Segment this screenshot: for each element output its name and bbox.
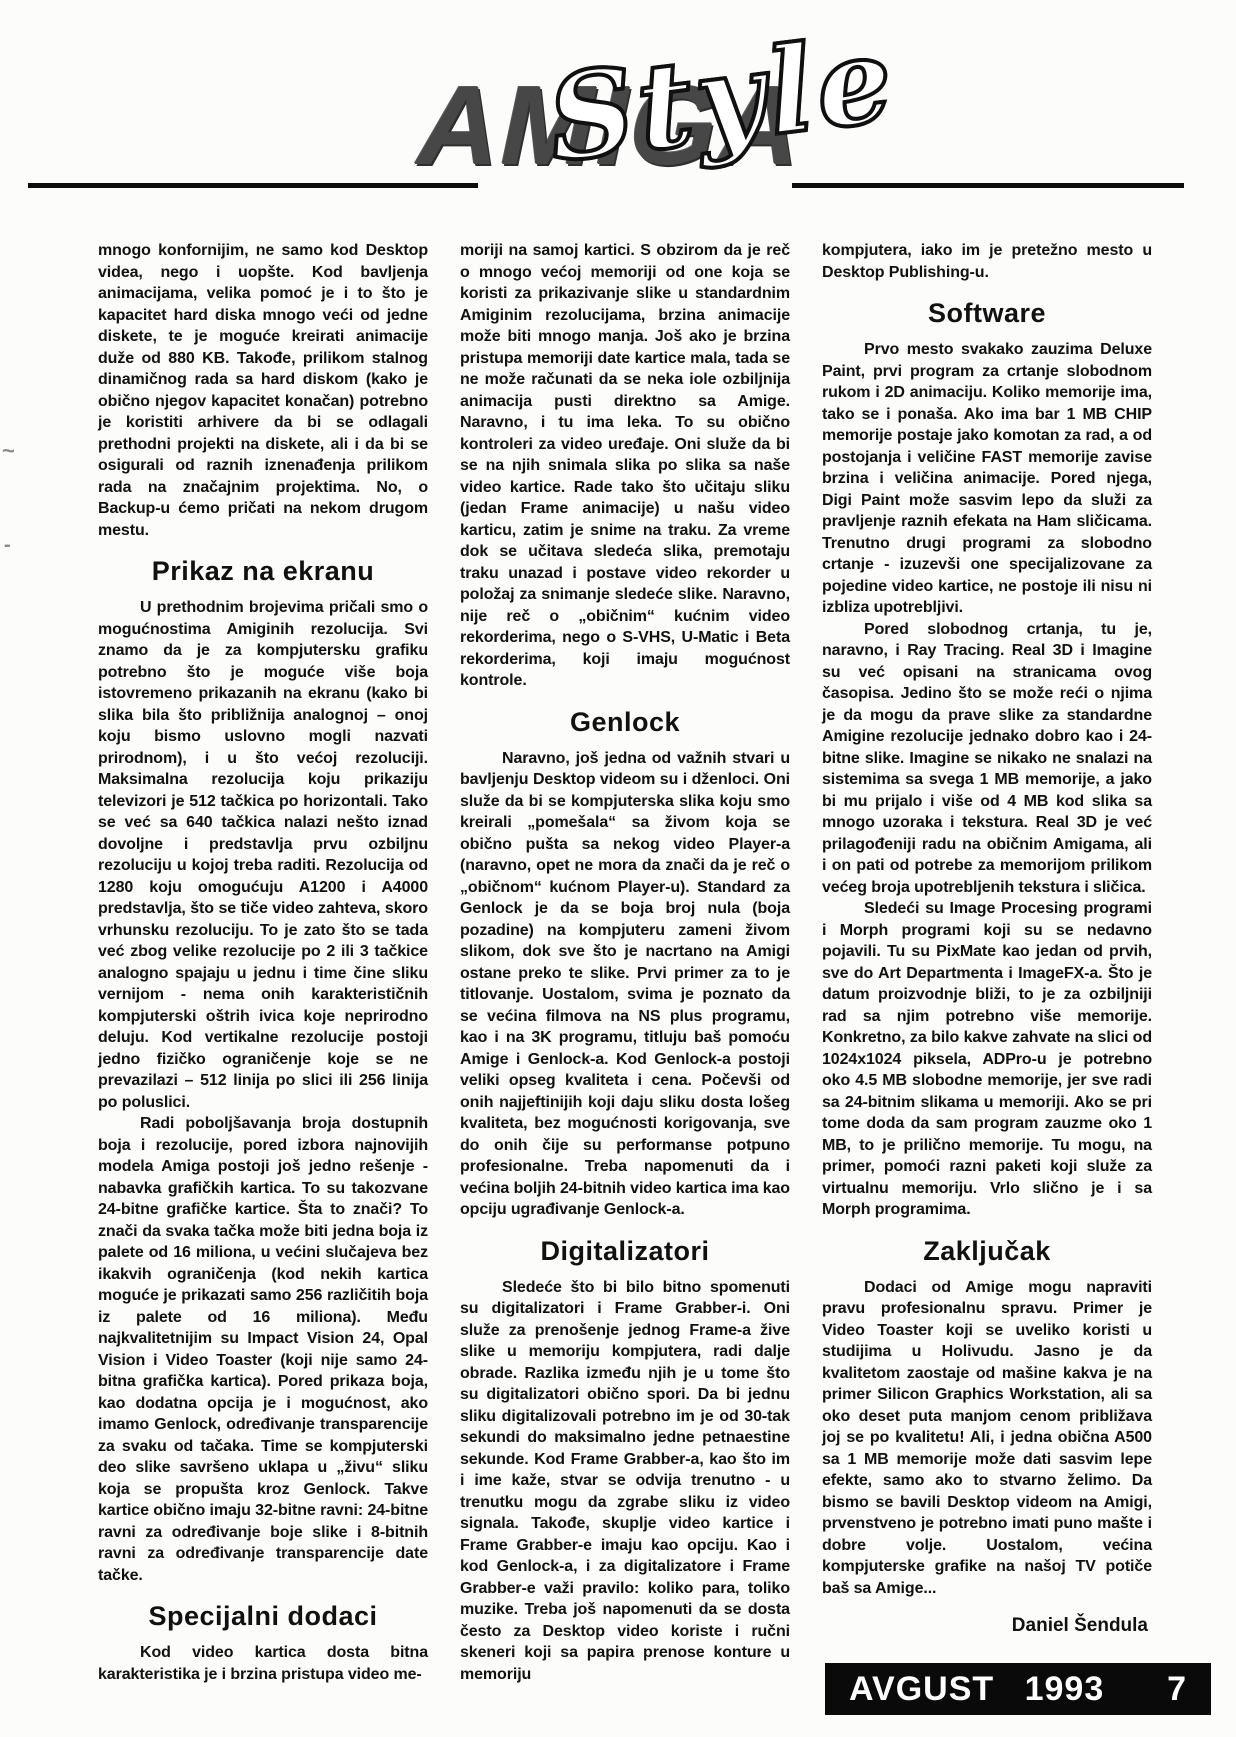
- section-heading: Prikaz na ekranu: [98, 556, 428, 587]
- magazine-page: AMIGA Style ~ - mnogo konfornijim, ne sa…: [0, 0, 1236, 1737]
- section-heading: Software: [822, 298, 1152, 329]
- footer-bar: AVGUST 1993 7: [825, 1663, 1211, 1715]
- body-paragraph: Prvo mesto svakako zauzima Deluxe Paint,…: [822, 339, 1152, 619]
- footer-issue-date: AVGUST 1993: [849, 1670, 1104, 1709]
- author-byline: Daniel Šendula: [822, 1615, 1152, 1637]
- body-paragraph: mnogo konfornijim, ne samo kod Desktop v…: [98, 240, 428, 541]
- body-paragraph: moriji na samoj kartici. S obzirom da je…: [460, 240, 790, 692]
- section-heading: Genlock: [460, 707, 790, 738]
- section-heading: Specijalni dodaci: [98, 1601, 428, 1632]
- body-paragraph: Pored slobodnog crtanja, tu je, naravno,…: [822, 619, 1152, 899]
- body-paragraph: Dodaci od Amige mogu napraviti pravu pro…: [822, 1277, 1152, 1600]
- article-column-1: mnogo konfornijim, ne samo kod Desktop v…: [98, 240, 428, 1665]
- body-paragraph: U prethodnim brojevima pričali smo o mog…: [98, 597, 428, 1113]
- article-columns: mnogo konfornijim, ne samo kod Desktop v…: [98, 240, 1156, 1665]
- section-heading: Digitalizatori: [460, 1236, 790, 1267]
- body-paragraph: kompjutera, iako im je pretežno mesto u …: [822, 240, 1152, 283]
- style-logo-script-text: Style: [542, 19, 902, 179]
- body-paragraph: Radi poboljšavanja broja dostupnih boja …: [98, 1113, 428, 1586]
- body-paragraph: Kod video kartica dosta bitna karakteris…: [98, 1642, 428, 1685]
- article-column-2: moriji na samoj kartici. S obzirom da je…: [460, 240, 790, 1665]
- body-paragraph: Sledeće što bi bilo bitno spomenuti su d…: [460, 1277, 790, 1686]
- body-paragraph: Naravno, još jedna od važnih stvari u ba…: [460, 748, 790, 1221]
- footer-page-number: 7: [1167, 1670, 1187, 1709]
- section-heading: Zaključak: [822, 1236, 1152, 1267]
- scan-artifact-dash: -: [4, 534, 11, 557]
- article-column-3: kompjutera, iako im je pretežno mesto u …: [822, 240, 1152, 1665]
- header-rule-right: [792, 183, 1184, 188]
- scan-artifact-tilde: ~: [2, 438, 15, 464]
- body-paragraph: Sledeći su Image Procesing programi i Mo…: [822, 898, 1152, 1221]
